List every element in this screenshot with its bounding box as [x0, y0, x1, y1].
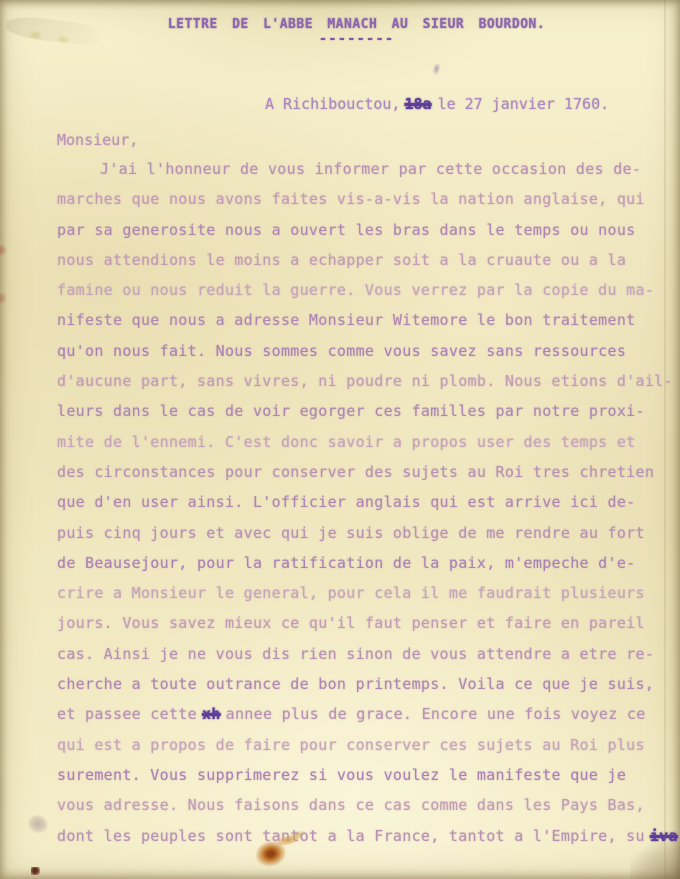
- letter-line: surement. Vous supprimerez si vous voule…: [57, 760, 656, 790]
- struck-text: iva: [650, 827, 678, 845]
- letter-line: marches que nous avons faites vis-a-vis …: [57, 184, 656, 214]
- salutation: Monsieur,: [57, 128, 656, 152]
- letter-page: LETTRE DE L'ABBE MANACH AU SIEUR BOURDON…: [0, 0, 680, 879]
- letter-line: puis cinq jours et avec qui je suis obli…: [57, 518, 656, 548]
- letter-content: LETTRE DE L'ABBE MANACH AU SIEUR BOURDON…: [0, 0, 680, 879]
- letter-line: et passee cettexhannee plus de grace. En…: [57, 699, 656, 729]
- letter-line: crire a Monsieur le general, pour cela i…: [57, 578, 656, 608]
- letter-line: dont les peuples sont tantot a la France…: [57, 821, 656, 851]
- letter-line: jours. Vous savez mieux ce qu'il faut pe…: [57, 608, 656, 638]
- letter-line: mite de l'ennemi. C'est donc savoir a pr…: [57, 427, 656, 457]
- letter-line: nifeste que nous a adresse Monsieur Wite…: [57, 305, 656, 335]
- letter-line: famine ou nous reduit la guerre. Vous ve…: [57, 275, 656, 305]
- title-underline: --------: [57, 34, 656, 44]
- letter-body: J'ai l'honneur de vous informer par cett…: [57, 154, 656, 851]
- letter-line: cas. Ainsi je ne vous dis rien sinon de …: [57, 639, 656, 669]
- line-text: et passee cette: [57, 705, 197, 723]
- letter-line: vous adresse. Nous faisons dans ce cas c…: [57, 790, 656, 820]
- letter-line: qu'on nous fait. Nous sommes comme vous …: [57, 336, 656, 366]
- letter-line: que d'en user ainsi. L'officier anglais …: [57, 487, 656, 517]
- line-text: annee plus de grace. Encore une fois voy…: [226, 705, 646, 723]
- letter-line: qui est a propos de faire pour conserver…: [57, 730, 656, 760]
- dateline-date: le 27 janvier 1760.: [438, 95, 610, 113]
- letter-line: des circonstances pour conserver des suj…: [57, 457, 656, 487]
- letter-line: J'ai l'honneur de vous informer par cett…: [57, 154, 656, 184]
- letter-line: par sa generosite nous a ouvert les bras…: [57, 215, 656, 245]
- dateline-struck-text: 18a: [404, 95, 431, 113]
- dateline-place: A Richibouctou,: [265, 95, 400, 113]
- letter-line: leurs dans le cas de voir egorger ces fa…: [57, 396, 656, 426]
- letter-line: d'aucune part, sans vivres, ni poudre ni…: [57, 366, 656, 396]
- struck-text: xh: [202, 705, 221, 723]
- letter-line: cherche a toute outrance de bon printemp…: [57, 669, 656, 699]
- letter-line: de Beausejour, pour la ratification de l…: [57, 548, 656, 578]
- dateline: A Richibouctou,18ale 27 janvier 1760.: [265, 92, 656, 116]
- letter-line: nous attendions le moins a echapper soit…: [57, 245, 656, 275]
- line-text: dont les peuples sont tantot a la France…: [57, 827, 645, 845]
